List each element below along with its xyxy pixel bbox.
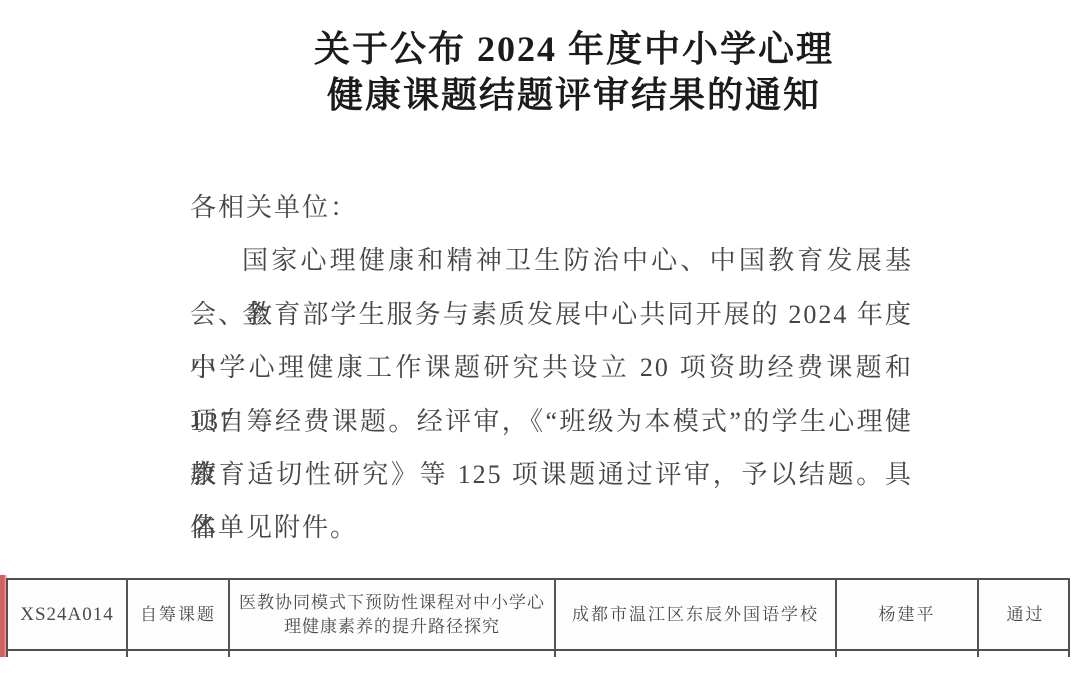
notice-body: 各相关单位： 国家心理健康和精神卫生防治中心、中国教育发展基金 会、教育部学生服… bbox=[190, 181, 913, 555]
table-cell-project-title: 医教协同模式下预防性课程对中小学心理健康素养的提升路径探究 bbox=[230, 580, 556, 649]
document-page: 关于公布 2024 年度中小学心理 健康课题结题评审结果的通知 各相关单位： 国… bbox=[0, 0, 1080, 693]
body-line: 项自筹经费课题。经评审，《“班级为本模式”的学生心理健康 bbox=[190, 395, 913, 448]
results-table: XS24A014 自筹课题 医教协同模式下预防性课程对中小学心理健康素养的提升路… bbox=[6, 578, 1070, 657]
body-line: 小学心理健康工作课题研究共设立 20 项资助经费课题和 137 bbox=[190, 341, 913, 394]
body-line: 教育适切性研究》等 125 项课题通过评审，予以结题。具体 bbox=[190, 448, 913, 501]
table-cell-category: 自筹课题 bbox=[128, 580, 230, 649]
table-next-row-stub bbox=[6, 651, 1070, 657]
notice-title-line-1: 关于公布 2024 年度中小学心理 bbox=[194, 26, 954, 72]
notice-title: 关于公布 2024 年度中小学心理 健康课题结题评审结果的通知 bbox=[194, 26, 954, 118]
table-row: XS24A014 自筹课题 医教协同模式下预防性课程对中小学心理健康素养的提升路… bbox=[6, 578, 1070, 651]
table-cell-organization: 成都市温江区东辰外国语学校 bbox=[556, 580, 837, 649]
table-cell-project-no: XS24A014 bbox=[8, 580, 128, 649]
body-line: 名单见附件。 bbox=[190, 501, 913, 554]
body-line: 国家心理健康和精神卫生防治中心、中国教育发展基金 bbox=[190, 234, 913, 287]
notice-title-line-2: 健康课题结题评审结果的通知 bbox=[194, 72, 954, 118]
body-line: 会、教育部学生服务与素质发展中心共同开展的 2024 年度中 bbox=[190, 288, 913, 341]
table-cell-leader: 杨建平 bbox=[837, 580, 979, 649]
salutation-line: 各相关单位： bbox=[190, 181, 913, 234]
table-cell-result: 通过 bbox=[979, 580, 1072, 649]
